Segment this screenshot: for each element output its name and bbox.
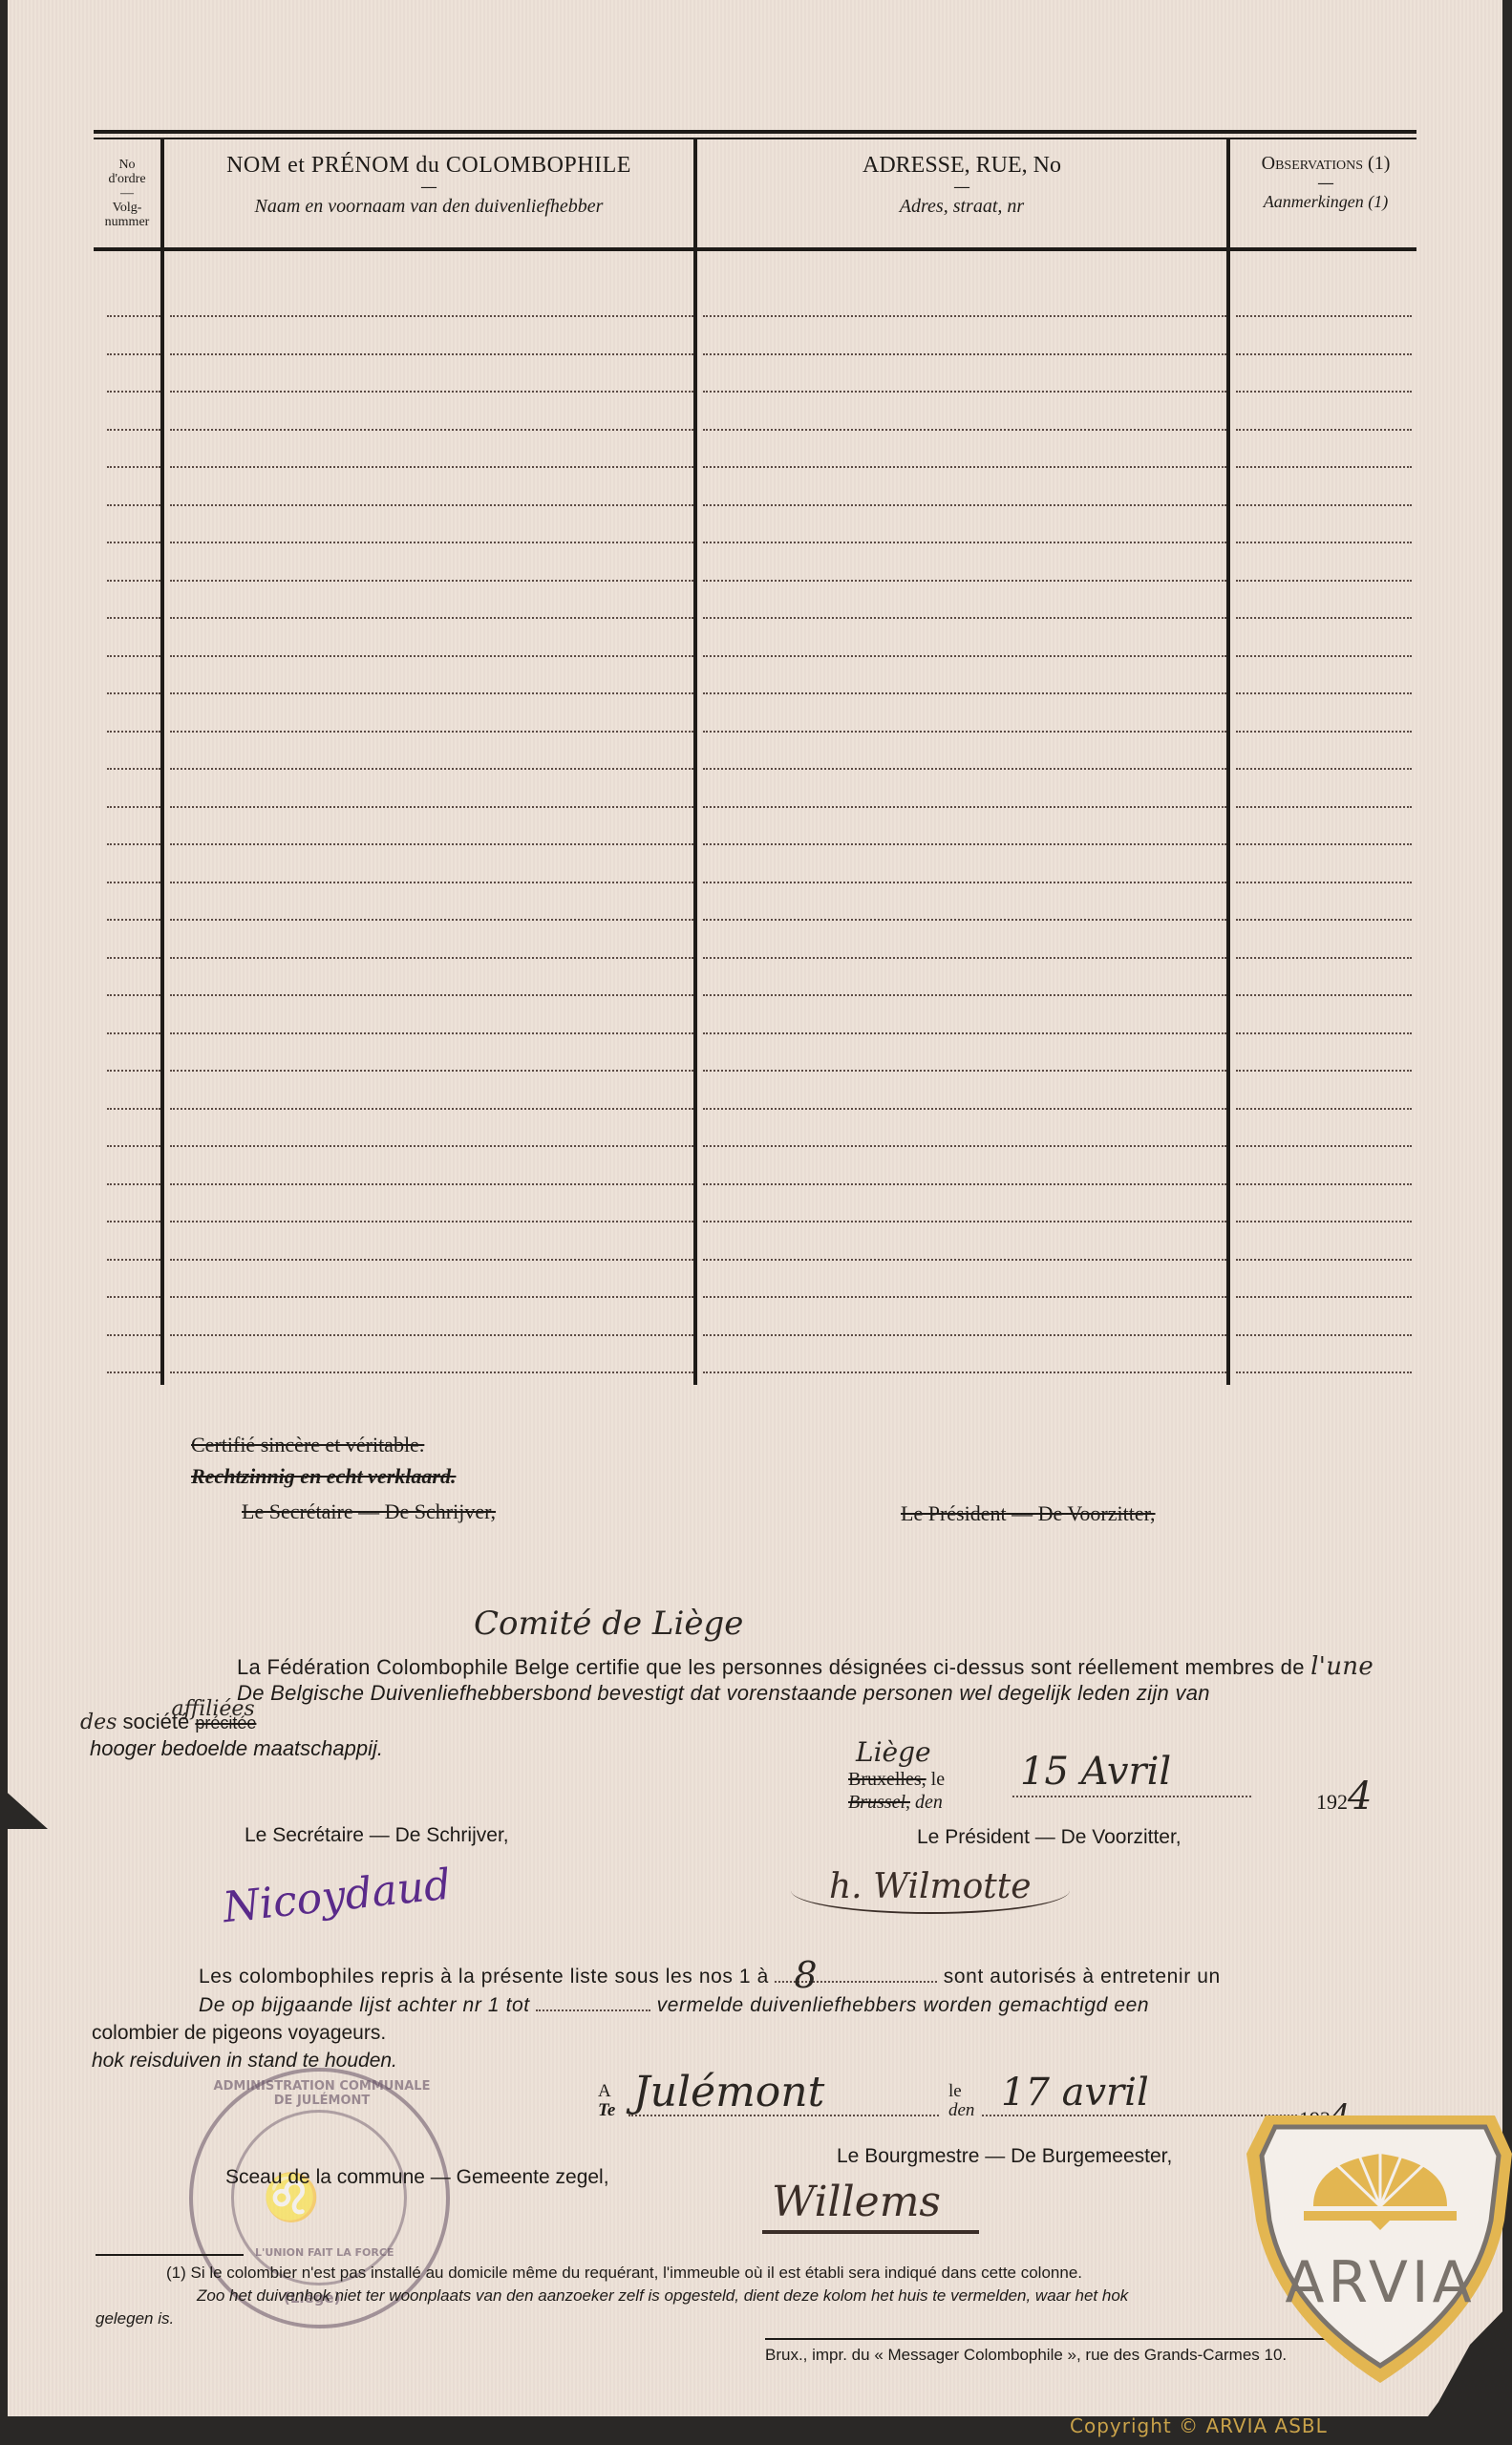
authorization-fr-text-b: sont autorisés à entretenir un [944,1966,1221,1988]
table-row-line [703,806,1226,808]
table-row-line [107,542,160,543]
table-row-line [703,919,1226,921]
table-row-line [703,504,1226,506]
table-row-line [1236,806,1412,808]
table-row-line [107,504,160,506]
handwritten-affiliees: affiliées [172,1697,255,1721]
stamp-outer-text: ADMINISTRATION COMMUNALE DE JULÉMONT [212,2079,432,2108]
table-row-line [107,353,160,355]
table-row-line [703,731,1226,733]
table-row-line [107,692,160,694]
table-row-line [1236,655,1412,657]
table-row-line [1236,1183,1412,1185]
mayor-signature: Willems [762,2178,979,2234]
header-text-fr: Observations (1) [1230,153,1421,175]
table-row-line [170,391,693,393]
header-text: No [94,158,160,172]
authorization-place-label: A Te [598,2082,615,2120]
le-label: le [948,2082,974,2101]
place-bruxelles-struck: Bruxelles, [848,1769,926,1790]
table-row-line [107,957,160,959]
table-row-line [1236,504,1412,506]
table-row-line [170,504,693,506]
table-row-line [1236,731,1412,733]
table-row-line [703,1334,1226,1336]
year-handwritten: 4 [1348,1775,1372,1818]
header-text-nl: Adres, straat, nr [697,196,1226,218]
date-dotted-line [1012,1796,1251,1797]
table-row-line [703,843,1226,845]
table-row-line [170,580,693,582]
table-row-line [107,1259,160,1261]
table-row-line [107,1221,160,1222]
table-row-line [1236,957,1412,959]
table-row-line [1236,1259,1412,1261]
den-label: den [915,1792,943,1813]
table-row-line [1236,466,1412,468]
table-row-line [170,1371,693,1373]
seal-label: Sceau de la commune — Gemeente zegel, [225,2166,609,2189]
table-row-line [1236,353,1412,355]
header-text: nummer [94,215,160,229]
table-row-line [703,1108,1226,1110]
stamp-motto: L'UNION FAIT LA FORCE [255,2246,394,2259]
table-row-line [1236,1070,1412,1072]
authorization-nl-text-a: De op bijgaande lijst achter nr 1 tot [199,1994,530,2016]
table-row-line [107,1334,160,1336]
header-text: d'ordre [94,172,160,186]
table-row-line [170,1296,693,1298]
table-row-line [1236,1371,1412,1373]
table-row-line [170,1108,693,1110]
column-divider-2 [693,138,697,1385]
table-row-line [170,1183,693,1185]
table-row-line [107,994,160,996]
federation-fr-text: La Fédération Colombophile Belge certifi… [237,1655,1305,1679]
le-label: le [931,1769,945,1790]
table-row-line [170,882,693,883]
table-row-line [107,315,160,317]
table-row-line [703,1183,1226,1185]
table-row-line [107,1145,160,1147]
table-row-line [703,391,1226,393]
table-row-line [703,1145,1226,1147]
column-header-number: No d'ordre — Volg- nummer [94,158,160,229]
table-row-line [703,1221,1226,1222]
table-row-line [170,843,693,845]
table-row-line [170,353,693,355]
authorization-nl-line2: hok reisduiven in stand te houden. [92,2050,397,2073]
table-row-line [1236,1145,1412,1147]
handwritten-place-julemont: Julémont [633,2068,824,2116]
table-row-line [170,1221,693,1222]
table-row-line [703,1371,1226,1373]
a-label: A [598,2082,615,2101]
table-row-line [1236,1296,1412,1298]
number-field-nl [536,2009,650,2011]
table-row-line [1236,429,1412,431]
authorization-nl-text-b: vermelde duivenliefhebbers worden gemach… [657,1994,1150,2016]
federation-place-line-nl: Brussel, den [848,1792,943,1814]
table-row-line [170,1070,693,1072]
handwritten-date-17-avril: 17 avril [1001,2071,1149,2115]
table-row-line [170,1334,693,1336]
table-row-line [107,655,160,657]
footnote-rule [96,2254,244,2256]
table-row-line [107,580,160,582]
table-row-line [107,1108,160,1110]
certification-fr-struck: Certifié sincère et véritable. [191,1433,424,1457]
certification-nl-struck: Rechtzinnig en echt verklaard. [191,1464,456,1489]
authorization-fr-text-a: Les colombophiles repris à la présente l… [199,1966,769,1988]
footnote-nl-end: gelegen is. [96,2309,174,2328]
handwritten-place-liege: Liège [856,1736,931,1768]
federation-society-line: des société précitée affiliées [80,1710,346,1734]
table-row-line [1236,843,1412,845]
federation-fr-line: La Fédération Colombophile Belge certifi… [237,1652,1374,1681]
footnote-fr: (1) Si le colombier n'est pas installé a… [166,2264,1082,2283]
handwritten-committee: Comité de Liège [474,1605,743,1643]
table-row-line [1236,1108,1412,1110]
table-row-line [703,882,1226,883]
table-row-line [1236,692,1412,694]
society-secretary-struck: Le Secrétaire — De Schrijver, [242,1499,496,1524]
table-row-line [703,1032,1226,1034]
table-row-line [703,655,1226,657]
header-separator: — [164,179,693,196]
table-row-line [170,617,693,619]
table-row-line [703,617,1226,619]
column-header-observations: Observations (1) — Aanmerkingen (1) [1230,153,1421,212]
table-row-line [170,1259,693,1261]
table-top-rule [94,130,1416,134]
federation-year: 1924 [1316,1775,1372,1818]
table-row-line [170,655,693,657]
svg-text:ARVIA: ARVIA [1285,2249,1475,2316]
table-row-line [1236,919,1412,921]
table-row-line [703,994,1226,996]
table-row-line [703,692,1226,694]
table-row-line [170,542,693,543]
column-divider-1 [160,138,164,1385]
stamp-inner-ring: ♌ L'UNION FAIT LA FORCE [231,2110,407,2286]
table-row-line [1236,994,1412,996]
header-separator: — [94,186,160,201]
federation-nl-line: De Belgische Duivenliefhebbersbond beves… [237,1681,1210,1706]
society-president-struck: Le Président — De Voorzitter, [901,1501,1156,1526]
authorization-fr-line: Les colombophiles repris à la présente l… [199,1966,1221,1988]
table-row-line [703,768,1226,770]
table-row-line [170,315,693,317]
federation-nl-society: hooger bedoelde maatschappij. [90,1736,383,1761]
te-label: Te [598,2101,615,2120]
federation-president-label: Le Président — De Voorzitter, [917,1826,1182,1849]
table-row-line [1236,542,1412,543]
table-row-line [107,1183,160,1185]
table-row-line [107,1371,160,1373]
table-row-line [1236,882,1412,883]
table-row-line [170,994,693,996]
table-row-line [107,843,160,845]
handwritten-une: l'une [1310,1652,1374,1681]
column-divider-3 [1226,138,1230,1385]
table-row-line [107,391,160,393]
header-text-fr: NOM et PRÉNOM du COLOMBOPHILE [164,153,693,179]
table-row-line [107,617,160,619]
handwritten-des: des [80,1711,117,1734]
number-field: 8 [775,1981,937,1983]
copyright-watermark: Copyright © ARVIA ASBL [1070,2414,1328,2437]
header-text-nl: Naam en voornaam van den duivenliefhebbe… [164,196,693,218]
table-row-line [703,957,1226,959]
table-row-line [170,957,693,959]
year-printed: 192 [1316,1790,1348,1814]
table-row-line [107,806,160,808]
header-text-fr: ADRESSE, RUE, No [697,153,1226,179]
table-row-line [703,580,1226,582]
table-row-line [170,731,693,733]
authorization-nl-line: De op bijgaande lijst achter nr 1 tot ve… [199,1994,1149,2017]
table-row-line [1236,391,1412,393]
table-row-line [703,466,1226,468]
table-row-line [107,466,160,468]
column-header-address: ADRESSE, RUE, No — Adres, straat, nr [697,153,1226,218]
handwritten-number-8: 8 [794,1954,818,1996]
header-separator: — [697,179,1226,196]
place-brussel-struck: Brussel, [848,1792,910,1813]
table-top-rule-inner [94,138,1416,139]
table-row-line [170,919,693,921]
table-row-line [170,429,693,431]
column-header-name: NOM et PRÉNOM du COLOMBOPHILE — Naam en … [164,153,693,218]
table-row-line [170,1145,693,1147]
table-row-line [703,1296,1226,1298]
table-row-line [107,1032,160,1034]
table-row-line [107,768,160,770]
table-row-line [1236,1221,1412,1222]
handwritten-date-15-avril: 15 Avril [1020,1750,1171,1794]
table-row-line [107,429,160,431]
table-row-line [703,353,1226,355]
table-row-line [1236,580,1412,582]
table-row-line [107,1296,160,1298]
den-label: den [948,2101,974,2120]
table-row-line [1236,1032,1412,1034]
table-row-line [1236,315,1412,317]
authorization-date-label: le den [948,2082,974,2120]
table-row-line [703,429,1226,431]
header-separator: — [1230,175,1421,192]
table-row-line [107,1070,160,1072]
table-row-line [703,1259,1226,1261]
table-row-line [107,919,160,921]
table-row-line [1236,1334,1412,1336]
table-row-line [703,542,1226,543]
header-bottom-rule [94,247,1416,251]
table-row-line [703,1070,1226,1072]
footnote-nl: Zoo het duivenhok niet ter woonplaats va… [197,2286,1128,2306]
header-text-nl: Aanmerkingen (1) [1230,192,1421,212]
table-row-line [1236,617,1412,619]
table-row-line [107,882,160,883]
table-row-line [170,466,693,468]
federation-place-line: Bruxelles, le [848,1769,945,1791]
printer-imprint: Brux., impr. du « Messager Colombophile … [765,2346,1287,2365]
table-row-line [170,1032,693,1034]
table-row-line [107,731,160,733]
mayor-label: Le Bourgmestre — De Burgemeester, [837,2145,1172,2168]
document-page: No d'ordre — Volg- nummer NOM et PRÉNOM … [8,0,1502,2416]
table-row-line [170,692,693,694]
federation-secretary-label: Le Secrétaire — De Schrijver, [245,1824,509,1847]
table-row-line [170,806,693,808]
table-row-line [1236,768,1412,770]
president-signature: h. Wilmotte [791,1867,1070,1914]
arvia-logo-icon: ARVIA [1246,2106,1512,2383]
table-row-line [170,768,693,770]
table-row-line [703,315,1226,317]
authorization-fr-line2: colombier de pigeons voyageurs. [92,2022,386,2045]
secretary-signature: Nicoydaud [221,1860,453,1933]
header-text: Volg- [94,201,160,215]
